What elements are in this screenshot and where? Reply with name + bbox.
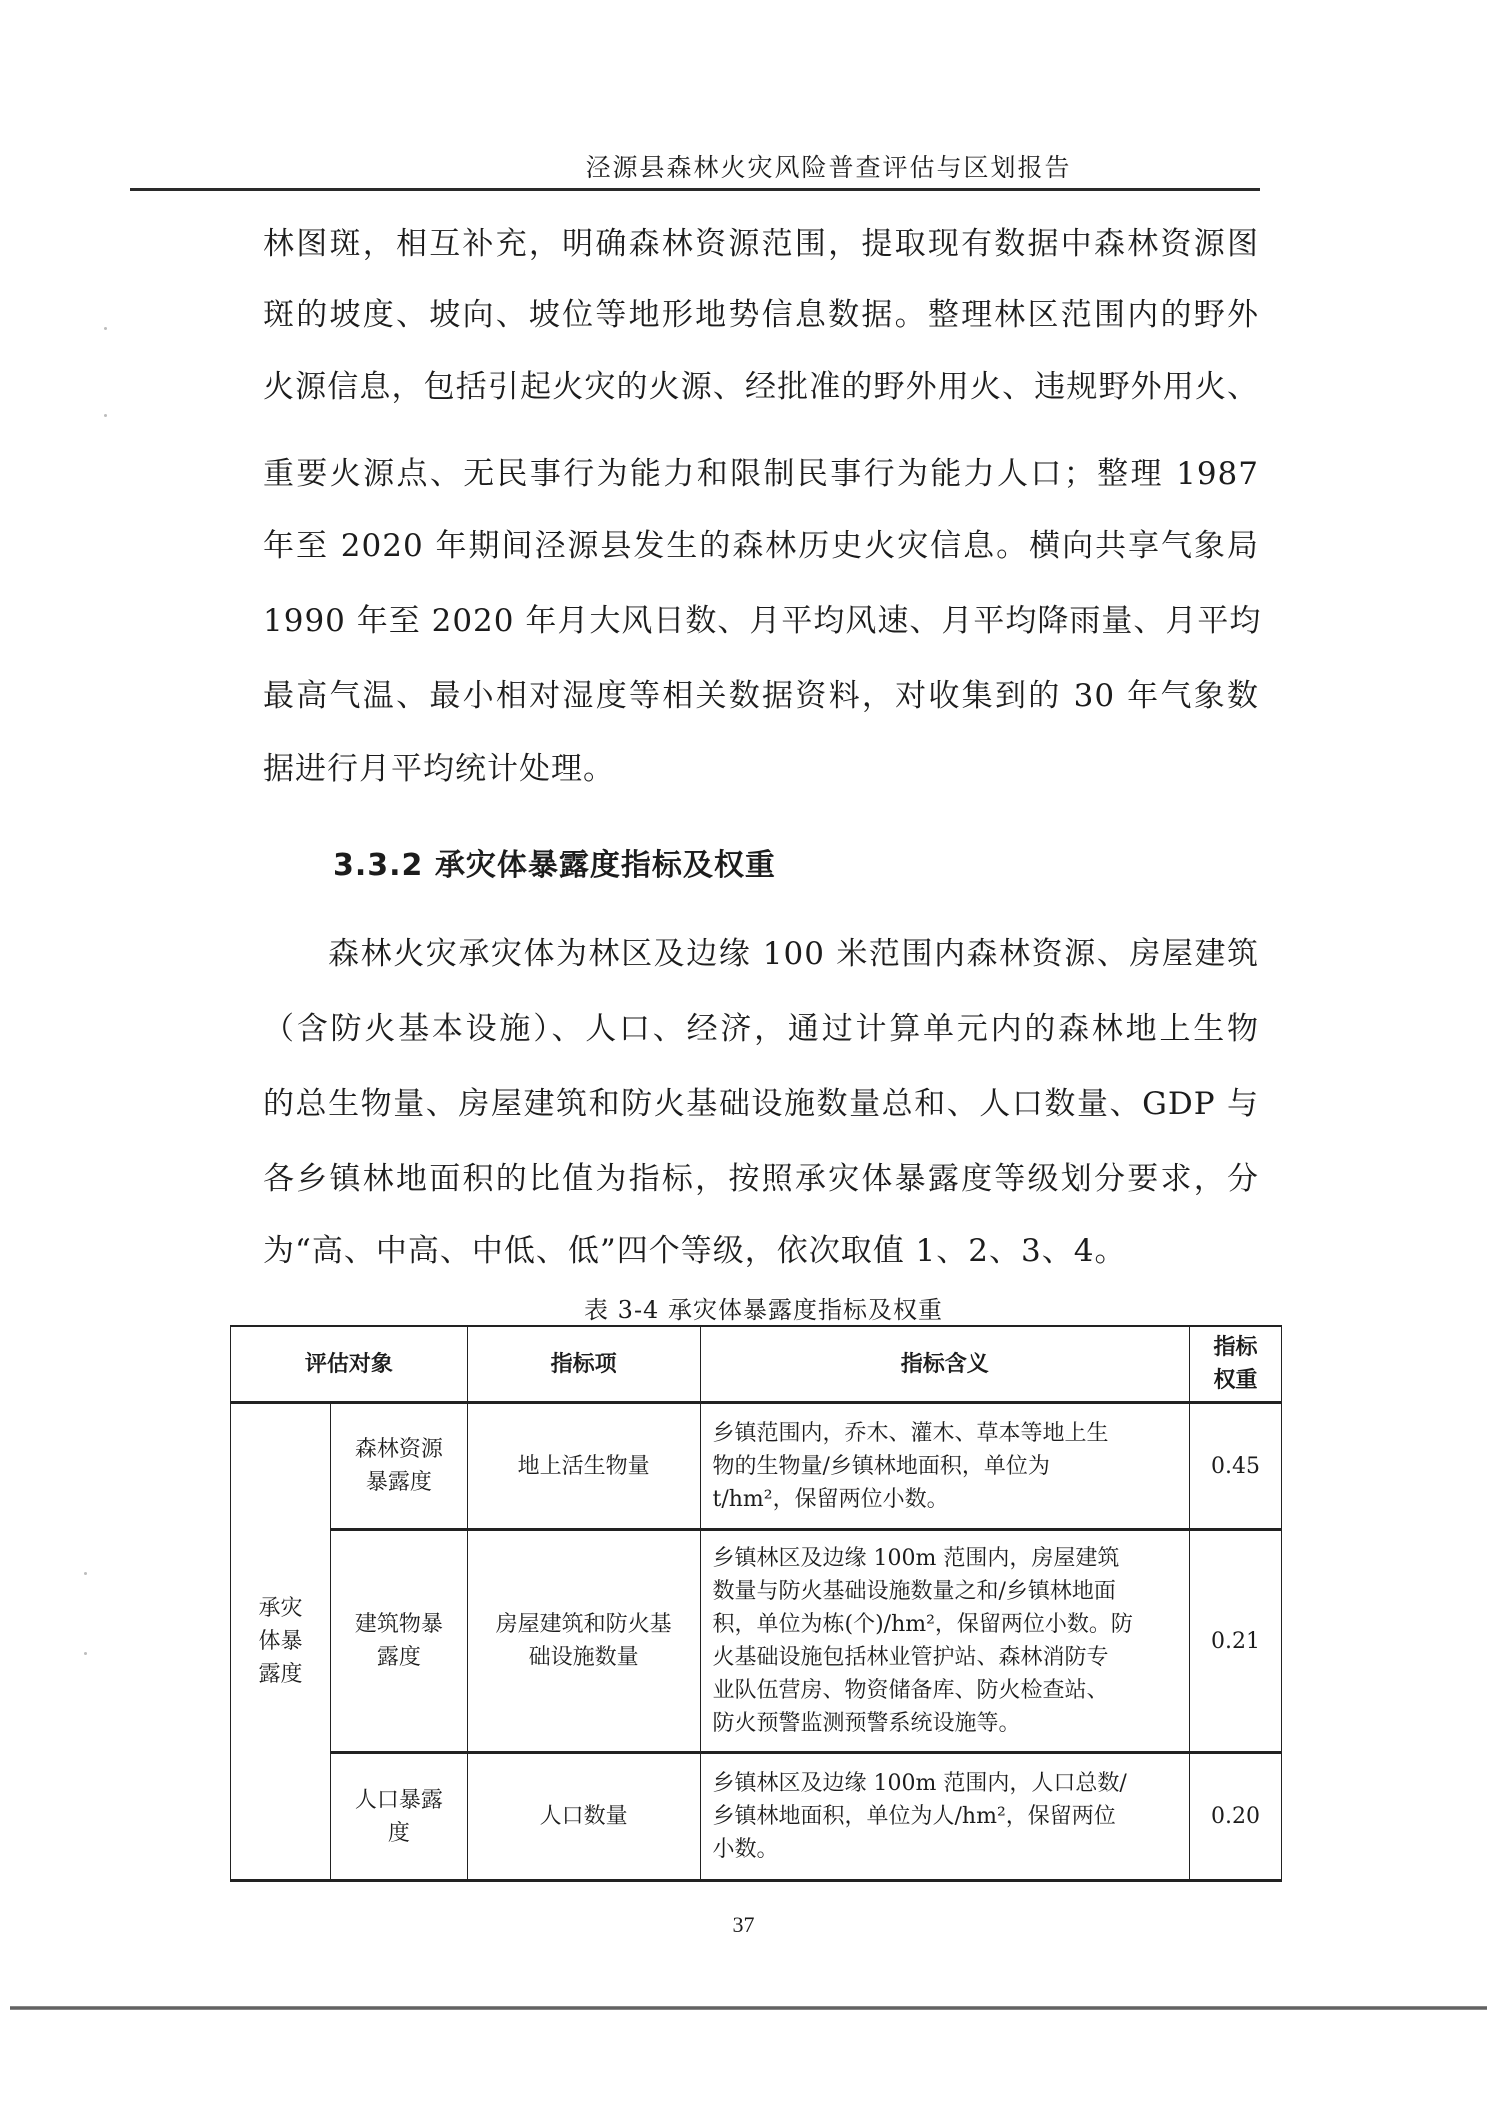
sub-object-line: 森林资源 xyxy=(339,1433,459,1466)
meaning-line: 乡镇林区及边缘 100m 范围内，房屋建筑 xyxy=(713,1542,1178,1575)
section-heading: 3.3.2 承灾体暴露度指标及权重 xyxy=(333,840,776,884)
meaning-line: 防火预警监测预警系统设施等。 xyxy=(713,1707,1178,1740)
running-header-title: 泾源县森林火灾风险普查评估与区划报告 xyxy=(0,148,1487,184)
table-row: 人口暴露 度 人口数量 乡镇林区及边缘 100m 范围内，人口总数/ 乡镇林地面… xyxy=(231,1753,1282,1881)
table-row: 承灾 体暴 露度 森林资源 暴露度 地上活生物量 乡镇范围内，乔木、灌木、草本等… xyxy=(231,1403,1282,1530)
indicator-line: 人口数量 xyxy=(476,1800,692,1833)
page-number: 37 xyxy=(0,1912,1487,1938)
meaning-line: 数量与防火基础设施数量之和/乡镇林地面 xyxy=(713,1575,1178,1608)
indicator-cell: 人口数量 xyxy=(467,1753,700,1881)
indicator-cell: 房屋建筑和防火基 础设施数量 xyxy=(467,1530,700,1753)
meaning-line: 火基础设施包括林业管护站、森林消防专 xyxy=(713,1641,1178,1674)
sub-object-cell: 建筑物暴 露度 xyxy=(330,1530,467,1753)
table-row: 建筑物暴 露度 房屋建筑和防火基 础设施数量 乡镇林区及边缘 100m 范围内，… xyxy=(231,1530,1282,1753)
meaning-line: 业队伍营房、物资储备库、防火检查站、 xyxy=(713,1674,1178,1707)
scan-speck xyxy=(104,414,107,417)
sub-object-line: 人口暴露 xyxy=(339,1784,459,1817)
exposure-indicator-table: 评估对象 指标项 指标含义 指标 权重 承灾 体暴 露度 森林资源 暴露度 地上… xyxy=(230,1325,1282,1882)
paragraph-line: 据进行月平均统计处理。 xyxy=(263,750,1259,788)
scan-speck xyxy=(84,1652,87,1655)
paragraph-line: 重要火源点、无民事行为能力和限制民事行为能力人口；整理 1987 xyxy=(263,455,1259,493)
meaning-cell: 乡镇林区及边缘 100m 范围内，房屋建筑 数量与防火基础设施数量之和/乡镇林地… xyxy=(700,1530,1190,1753)
sub-object-line: 暴露度 xyxy=(339,1466,459,1499)
paragraph-line: 为“高、中高、中低、低”四个等级，依次取值 1、2、3、4。 xyxy=(263,1232,1259,1270)
paragraph-line: 森林火灾承灾体为林区及边缘 100 米范围内森林资源、房屋建筑 xyxy=(263,935,1259,973)
scan-speck xyxy=(84,1572,87,1575)
header-evaluation-object: 评估对象 xyxy=(231,1326,468,1403)
sub-object-cell: 森林资源 暴露度 xyxy=(330,1403,467,1530)
paragraph-line: 的总生物量、房屋建筑和防火基础设施数量总和、人口数量、GDP 与 xyxy=(263,1085,1259,1123)
indicator-line: 房屋建筑和防火基 xyxy=(476,1608,692,1641)
header-weight-line: 指标 xyxy=(1198,1331,1273,1364)
weight-cell: 0.21 xyxy=(1190,1530,1282,1753)
header-weight-line: 权重 xyxy=(1198,1364,1273,1397)
meaning-line: 小数。 xyxy=(713,1833,1178,1866)
meaning-line: t/hm²，保留两位小数。 xyxy=(713,1483,1178,1516)
footer-rule xyxy=(10,2006,1487,2010)
paragraph-line: 火源信息，包括引起火灾的火源、经批准的野外用火、违规野外用火、 xyxy=(263,368,1259,406)
paragraph-line: （含防火基本设施）、人口、经济，通过计算单元内的森林地上生物 xyxy=(263,1010,1259,1048)
sub-object-line: 露度 xyxy=(339,1641,459,1674)
weight-cell: 0.45 xyxy=(1190,1403,1282,1530)
table-header-row: 评估对象 指标项 指标含义 指标 权重 xyxy=(231,1326,1282,1403)
meaning-line: 乡镇林区及边缘 100m 范围内，人口总数/ xyxy=(713,1767,1178,1800)
meaning-line: 物的生物量/乡镇林地面积，单位为 xyxy=(713,1450,1178,1483)
meaning-cell: 乡镇林区及边缘 100m 范围内，人口总数/ 乡镇林地面积，单位为人/hm²，保… xyxy=(700,1753,1190,1881)
meaning-cell: 乡镇范围内，乔木、灌木、草本等地上生 物的生物量/乡镇林地面积，单位为 t/hm… xyxy=(700,1403,1190,1530)
table-caption: 表 3-4 承灾体暴露度指标及权重 xyxy=(0,1290,1487,1325)
group-label-line: 承灾 xyxy=(239,1592,322,1625)
meaning-line: 积，单位为栋(个)/hm²，保留两位小数。防 xyxy=(713,1608,1178,1641)
sub-object-line: 度 xyxy=(339,1817,459,1850)
group-label-line: 体暴 xyxy=(239,1625,322,1658)
paragraph-line: 年至 2020 年期间泾源县发生的森林历史火灾信息。横向共享气象局 xyxy=(263,527,1259,565)
sub-object-cell: 人口暴露 度 xyxy=(330,1753,467,1881)
header-meaning: 指标含义 xyxy=(700,1326,1190,1403)
indicator-cell: 地上活生物量 xyxy=(467,1403,700,1530)
paragraph-line: 林图斑，相互补充，明确森林资源范围，提取现有数据中森林资源图 xyxy=(263,225,1259,263)
paragraph-line: 斑的坡度、坡向、坡位等地形地势信息数据。整理林区范围内的野外 xyxy=(263,296,1259,334)
scan-speck xyxy=(104,327,107,330)
header-indicator: 指标项 xyxy=(467,1326,700,1403)
meaning-line: 乡镇范围内，乔木、灌木、草本等地上生 xyxy=(713,1417,1178,1450)
weight-cell: 0.20 xyxy=(1190,1753,1282,1881)
header-rule xyxy=(130,188,1260,191)
meaning-line: 乡镇林地面积，单位为人/hm²，保留两位 xyxy=(713,1800,1178,1833)
indicator-line: 地上活生物量 xyxy=(476,1450,692,1483)
header-weight: 指标 权重 xyxy=(1190,1326,1282,1403)
paragraph-line: 最高气温、最小相对湿度等相关数据资料，对收集到的 30 年气象数 xyxy=(263,677,1259,715)
group-label-line: 露度 xyxy=(239,1658,322,1691)
group-label-cell: 承灾 体暴 露度 xyxy=(231,1403,331,1881)
paragraph-line: 1990 年至 2020 年月大风日数、月平均风速、月平均降雨量、月平均 xyxy=(263,602,1259,640)
paragraph-line: 各乡镇林地面积的比值为指标，按照承灾体暴露度等级划分要求，分 xyxy=(263,1160,1259,1198)
indicator-line: 础设施数量 xyxy=(476,1641,692,1674)
sub-object-line: 建筑物暴 xyxy=(339,1608,459,1641)
